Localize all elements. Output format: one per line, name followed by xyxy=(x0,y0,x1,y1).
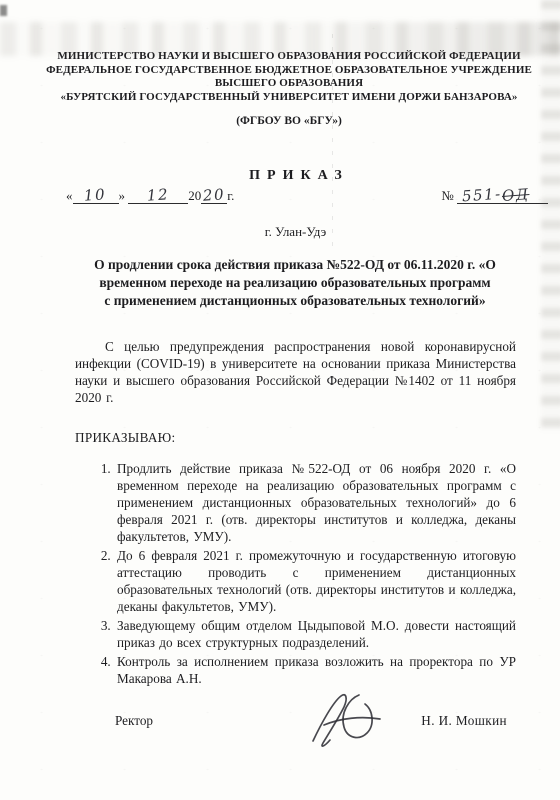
document-city: г. Улан-Удэ xyxy=(75,224,516,240)
handwritten-number: 551- xyxy=(461,185,502,206)
intro-paragraph: С целью предупреждения распространения н… xyxy=(75,338,516,406)
date-close-quote: » xyxy=(119,188,126,203)
signature-block: Ректор Н. И. Мошкин xyxy=(115,703,516,765)
org-name-line: ФЕДЕРАЛЬНОЕ ГОСУДАРСТВЕННОЕ БЮДЖЕТНОЕ ОБ… xyxy=(30,64,548,78)
document-title-line: с применением дистанционных образователь… xyxy=(60,292,530,310)
date-number-row: «10» 122020г. № 551-ОД xyxy=(66,187,548,204)
document-title: О продлении срока действия приказа №522-… xyxy=(60,256,530,310)
document-title-line: временном переходе на реализацию образов… xyxy=(60,274,530,292)
resolution-word: ПРИКАЗЫВАЮ: xyxy=(75,430,516,446)
handwritten-year: 20 xyxy=(203,185,226,204)
signer-name: Н. И. Мошкин xyxy=(421,713,507,729)
order-number: № 551-ОД xyxy=(441,187,548,204)
date-line: «10» 122020г. xyxy=(66,187,234,204)
org-name-line: МИНИСТЕРСТВО НАУКИ И ВЫСШЕГО ОБРАЗОВАНИЯ… xyxy=(30,50,548,64)
signer-position: Ректор xyxy=(115,713,153,729)
order-item: Заведующему общим отделом Цыдыповой М.О.… xyxy=(115,617,516,651)
document-type-heading: ПРИКАЗ xyxy=(82,168,516,184)
order-item: Продлить действие приказа №522-ОД от 06 … xyxy=(115,460,516,545)
number-label: № xyxy=(441,188,453,203)
org-short-name: (ФГБОУ ВО «БГУ») xyxy=(30,115,548,127)
document-title-line: О продлении срока действия приказа №522-… xyxy=(60,256,530,274)
org-name-line: ВЫСШЕГО ОБРАЗОВАНИЯ xyxy=(30,77,548,91)
date-year-slot: 20 xyxy=(201,187,227,204)
scan-corner-speck xyxy=(0,5,7,16)
handwritten-number-suffix: ОД xyxy=(501,185,530,205)
date-year-suffix: г. xyxy=(227,188,234,203)
order-items-list: Продлить действие приказа №522-ОД от 06 … xyxy=(75,460,516,687)
order-item: Контроль за исполнением приказа возложит… xyxy=(115,653,516,687)
handwritten-day: 10 xyxy=(84,185,107,204)
scanned-order-page: МИНИСТЕРСТВО НАУКИ И ВЫСШЕГО ОБРАЗОВАНИЯ… xyxy=(0,0,560,800)
number-slot: 551-ОД xyxy=(457,187,548,204)
org-name-line: «БУРЯТСКИЙ ГОСУДАРСТВЕННЫЙ УНИВЕРСИТЕТ И… xyxy=(30,91,548,105)
date-day-slot: 10 xyxy=(73,187,119,204)
signature-autograph xyxy=(307,691,385,751)
document-header: МИНИСТЕРСТВО НАУКИ И ВЫСШЕГО ОБРАЗОВАНИЯ… xyxy=(30,50,548,104)
order-item: До 6 февраля 2021 г. промежуточную и гос… xyxy=(115,547,516,615)
handwritten-month: 12 xyxy=(147,185,170,204)
date-month-slot: 12 xyxy=(128,187,188,204)
date-year-printed: 20 xyxy=(188,188,201,203)
